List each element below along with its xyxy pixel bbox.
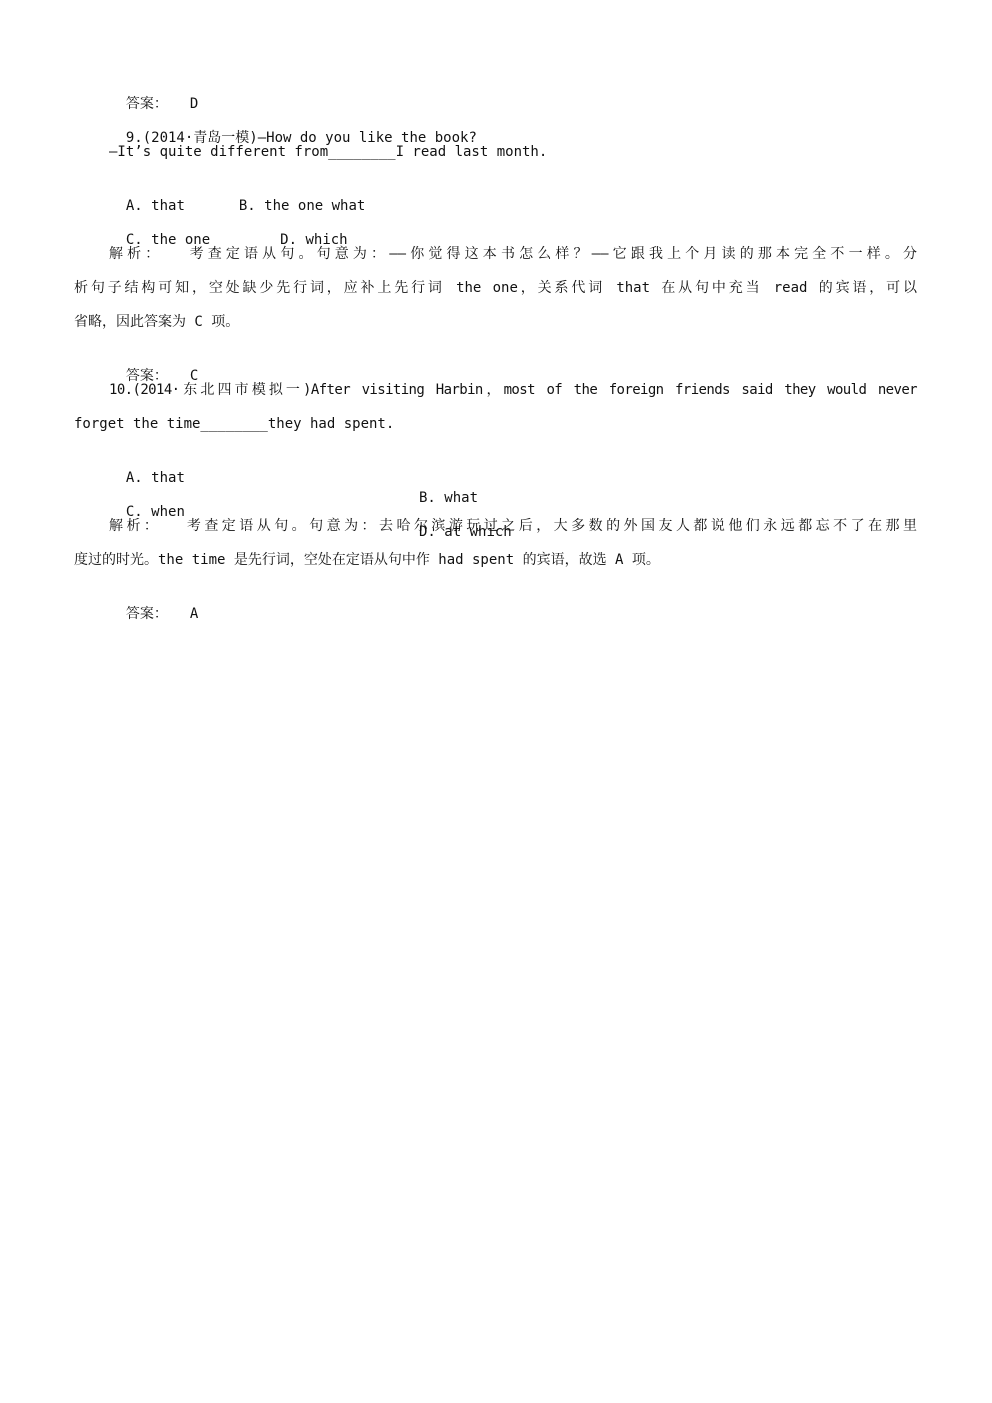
question-9-options-row2: C. the oneD. which [109, 210, 348, 230]
question-9-answer: 答案：C [109, 346, 198, 366]
question-10-analysis-line1: 解析：考查定语从句。句意为：去哈尔滨游玩过之后，大多数的外国友人都说他们永远都忘… [109, 516, 917, 536]
question-source: (2014·东北四市模拟一) [133, 382, 311, 398]
question-10-stem-line1: 10.(2014·东北四市模拟一)After visiting Harbin，m… [109, 380, 917, 400]
answer-value: A [190, 606, 198, 622]
question-10-stem-line2: forget the time________they had spent. [74, 414, 394, 434]
question-9-options-row1: A. thatB. the one what [109, 176, 365, 196]
question-number: 10. [109, 382, 133, 398]
question-9-stem-line2: —It’s quite different from________I read… [109, 142, 547, 162]
previous-answer: 答案：D [109, 74, 198, 94]
question-10-answer: 答案：A [109, 584, 198, 604]
question-9-stem-line1: 9.(2014·青岛一模)—How do you like the book? [109, 108, 477, 128]
question-10-options-row2: C. when D. at which [109, 482, 909, 502]
analysis-label: 解析： [109, 518, 161, 534]
answer-label: 答案： [126, 606, 168, 622]
question-9-analysis-line3: 省略，因此答案为 C 项。 [74, 312, 239, 332]
question-9-analysis-line2: 析句子结构可知，空处缺少先行词，应补上先行词 the one，关系代词 that… [74, 278, 917, 298]
question-10-options-row1: A. that B. what [109, 448, 909, 468]
question-9-analysis-line1: 解析：考查定语从句。句意为：——你觉得这本书怎么样？——它跟我上个月读的那本完全… [109, 244, 917, 264]
question-stem: After visiting Harbin，most of the foreig… [311, 382, 917, 398]
question-10-analysis-line2: 度过的时光。the time 是先行词，空处在定语从句中作 had spent … [74, 550, 660, 570]
analysis-label: 解析： [109, 246, 163, 262]
